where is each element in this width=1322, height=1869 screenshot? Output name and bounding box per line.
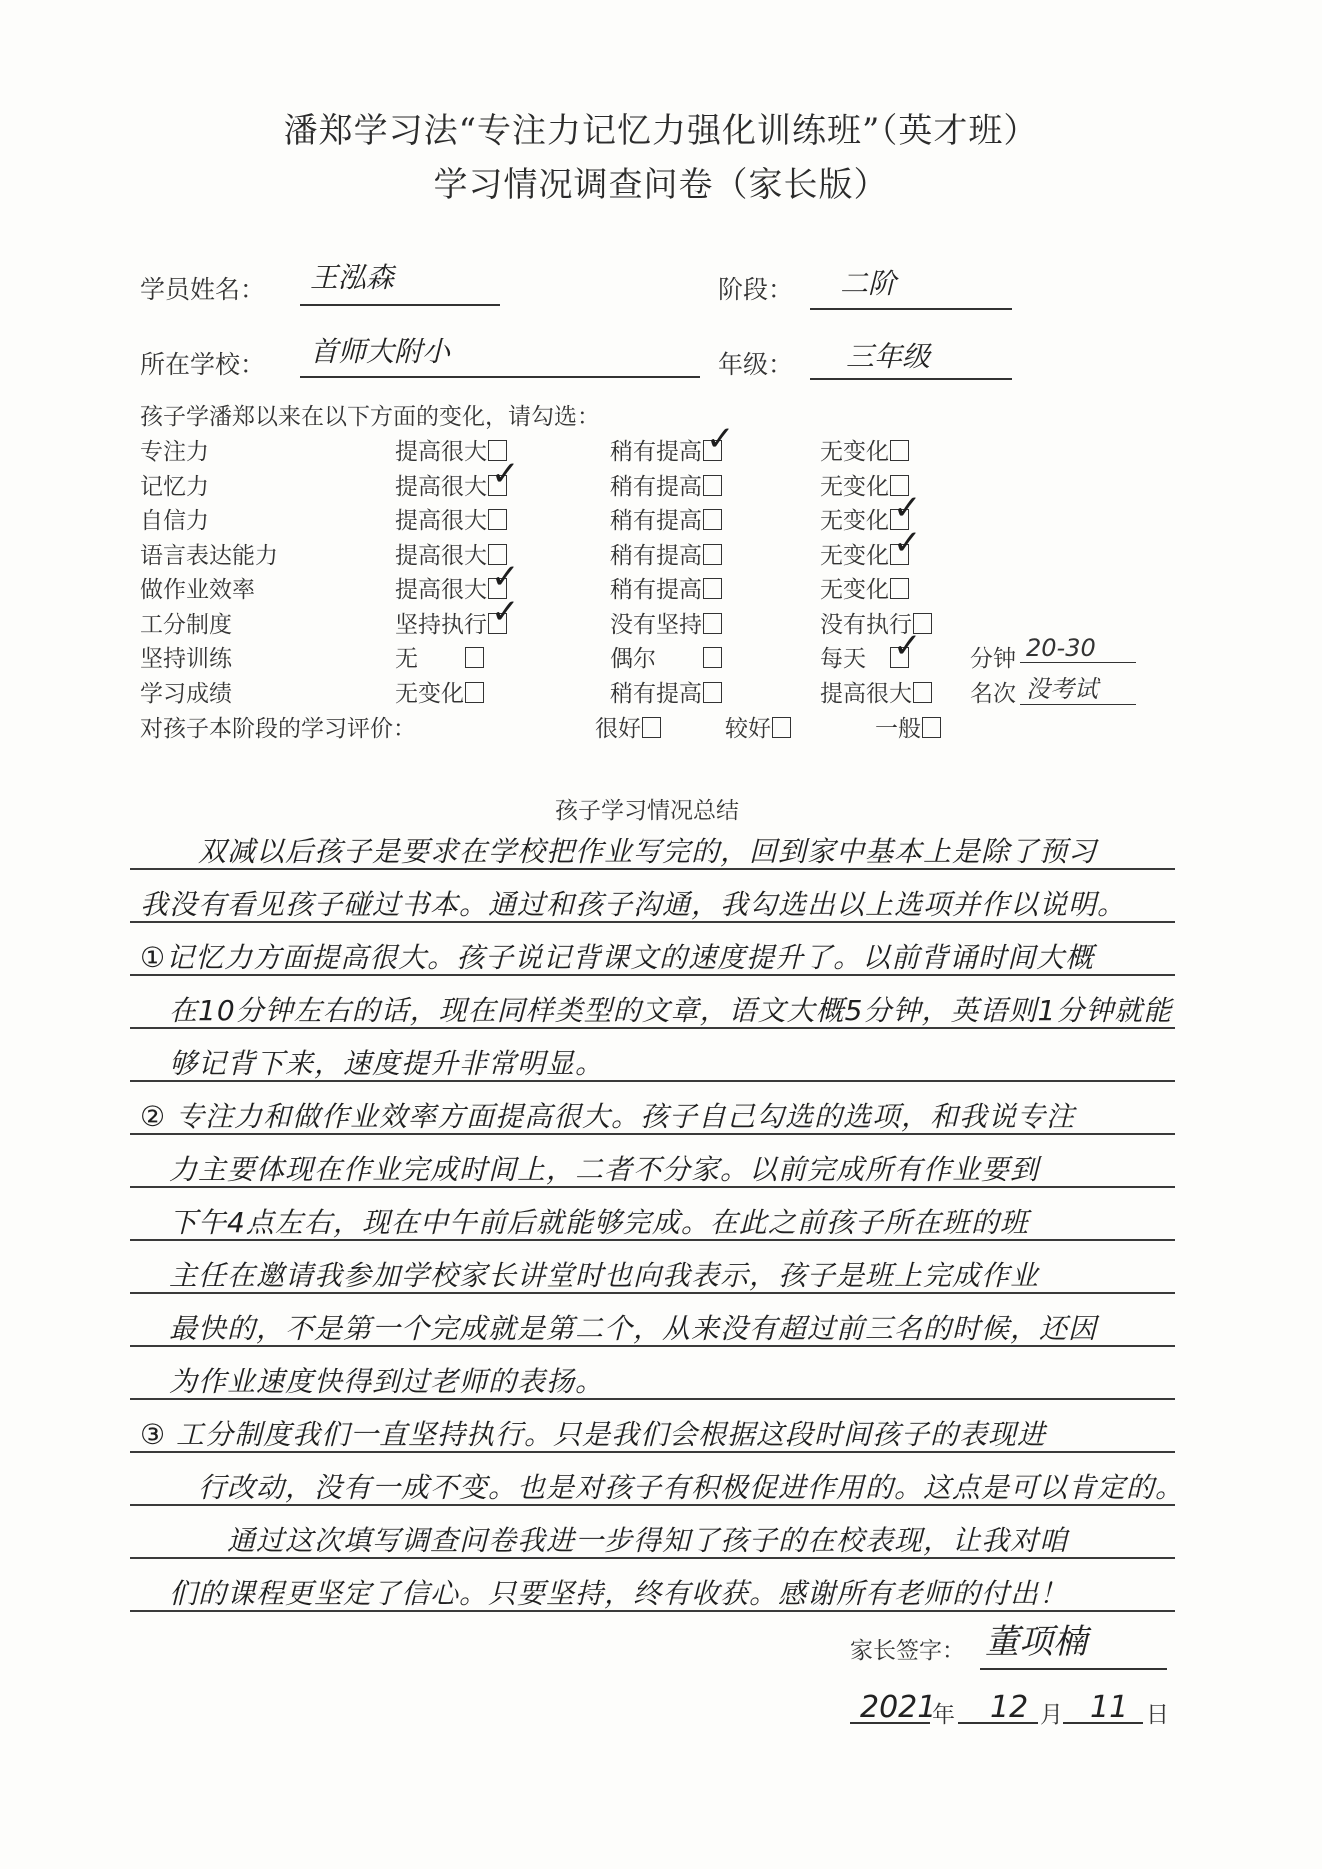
date-month-unit: 月	[1040, 1696, 1063, 1729]
checkbox[interactable]	[703, 682, 722, 703]
summary-title: 孩子学习情况总结	[555, 792, 739, 825]
option-label: 无变化	[820, 439, 889, 465]
option-label: 无变化	[820, 543, 889, 569]
checkbox[interactable]	[488, 509, 507, 530]
ruled-line	[130, 1239, 1175, 1241]
survey-row-label: 记忆力	[140, 468, 209, 501]
option-label: 稍有提高	[610, 474, 702, 500]
option-label: 稍有提高	[610, 543, 702, 569]
option-label: 稍有提高	[610, 577, 702, 603]
evaluation-option-very-good[interactable]: 很好	[595, 710, 661, 743]
option-label: 无	[395, 646, 464, 672]
survey-option[interactable]: 没有坚持	[610, 606, 722, 639]
option-label: 无变化	[820, 474, 889, 500]
option-label: 无变化	[820, 577, 889, 603]
date-month-underline	[958, 1722, 1038, 1724]
option-label: 一般	[875, 716, 921, 742]
survey-extra-value: 没考试	[1020, 669, 1136, 705]
survey-extra-label: 分钟	[970, 640, 1016, 673]
student-name-underline	[300, 304, 500, 306]
signature-value: 董项楠	[985, 1614, 1087, 1663]
survey-row-label: 自信力	[140, 502, 209, 535]
ruled-line	[130, 1557, 1175, 1559]
date-year-underline	[850, 1722, 930, 1724]
summary-line-text: 在10分钟左右的话，现在同样类型的文章，语文大概5分钟，英语则1分钟就能	[140, 989, 1172, 1029]
checkbox-checked[interactable]	[703, 440, 722, 461]
ruled-line	[130, 1345, 1175, 1347]
option-label: 提高很大	[395, 508, 487, 534]
survey-extra-value: 20-30	[1020, 634, 1136, 663]
stage-label: 阶段：	[718, 270, 793, 306]
date-day: 11	[1090, 1690, 1128, 1725]
evaluation-option-average[interactable]: 一般	[875, 710, 941, 743]
summary-line-text: 双减以后孩子是要求在学校把作业写完的，回到家中基本上是除了预习	[140, 830, 1097, 870]
survey-option[interactable]: 提高很大	[395, 502, 507, 535]
stage-value: 二阶	[840, 262, 896, 302]
survey-option[interactable]: 稍有提高	[610, 675, 722, 708]
survey-option[interactable]: 提高很大	[820, 675, 932, 708]
checkbox[interactable]	[913, 682, 932, 703]
checkbox[interactable]	[703, 578, 722, 599]
option-label: 坚持执行	[395, 612, 487, 638]
summary-line-text: 行改动，没有一成不变。也是对孩子有积极促进作用的。这点是可以肯定的。	[140, 1466, 1184, 1506]
date-year: 2021	[860, 1690, 936, 1725]
date-day-unit: 日	[1146, 1696, 1169, 1729]
survey-option[interactable]: 坚持执行	[395, 606, 507, 639]
date-day-underline	[1063, 1722, 1143, 1724]
survey-option[interactable]: 稍有提高	[610, 468, 722, 501]
evaluation-option-good[interactable]: 较好	[725, 710, 791, 743]
survey-row-label: 语言表达能力	[140, 537, 278, 570]
checkbox[interactable]	[703, 544, 722, 565]
ruled-line	[130, 1292, 1175, 1294]
checkbox[interactable]	[703, 509, 722, 530]
survey-extra-label: 名次	[970, 675, 1016, 708]
ruled-line	[130, 1080, 1175, 1082]
option-label: 提高很大	[395, 474, 487, 500]
checkbox[interactable]	[703, 475, 722, 496]
option-label: 提高很大	[820, 681, 912, 707]
option-label: 提高很大	[395, 543, 487, 569]
stage-underline	[810, 308, 1012, 310]
survey-row-label: 坚持训练	[140, 640, 232, 673]
option-label: 每天	[820, 646, 889, 672]
student-name-value: 王泓森	[310, 256, 394, 296]
checkbox[interactable]	[890, 578, 909, 599]
checkbox[interactable]	[703, 613, 722, 634]
survey-option[interactable]: 无变化	[820, 571, 909, 604]
survey-option[interactable]: 稍有提高	[610, 433, 722, 466]
option-label: 稍有提高	[610, 508, 702, 534]
summary-line-text: ② 专注力和做作业效率方面提高很大。孩子自己勾选的选项，和我说专注	[140, 1095, 1075, 1135]
option-label: 无变化	[395, 681, 464, 707]
survey-row-label: 做作业效率	[140, 571, 255, 604]
ruled-line	[130, 1610, 1175, 1612]
option-label: 没有坚持	[610, 612, 702, 638]
option-label: 稍有提高	[610, 681, 702, 707]
survey-row-label: 工分制度	[140, 606, 232, 639]
grade-underline	[810, 378, 1012, 380]
ruled-line	[130, 1451, 1175, 1453]
summary-line-text: 们的课程更坚定了信心。只要坚持，终有收获。感谢所有老师的付出！	[140, 1572, 1068, 1612]
summary-line-text: 最快的，不是第一个完成就是第二个，从来没有超过前三名的时候，还因	[140, 1307, 1097, 1347]
survey-row-label: 学习成绩	[140, 675, 232, 708]
ruled-line	[130, 1133, 1175, 1135]
ruled-line	[130, 921, 1175, 923]
grade-label: 年级：	[718, 345, 793, 381]
option-label: 较好	[725, 716, 771, 742]
summary-line-text: ③ 工分制度我们一直坚持执行。只是我们会根据这段时间孩子的表现进	[140, 1413, 1046, 1453]
school-underline	[300, 376, 700, 378]
date-year-unit: 年	[932, 1696, 955, 1729]
checkbox[interactable]	[465, 682, 484, 703]
ruled-line	[130, 1027, 1175, 1029]
checkbox[interactable]	[703, 647, 722, 668]
option-label: 偶尔	[610, 646, 702, 672]
survey-option[interactable]: 稍有提高	[610, 502, 722, 535]
option-label: 无变化	[820, 508, 889, 534]
ruled-line	[130, 1186, 1175, 1188]
summary-line-text: 通过这次填写调查问卷我进一步得知了孩子的在校表现，让我对咱	[140, 1519, 1068, 1559]
signature-underline	[980, 1668, 1167, 1670]
ruled-line	[130, 1504, 1175, 1506]
survey-option[interactable]: 无变化	[820, 433, 909, 466]
form-title: 潘郑学习法“专注力记忆力强化训练班”（英才班）	[0, 103, 1322, 152]
signature-label: 家长签字：	[850, 1632, 965, 1665]
option-label: 稍有提高	[610, 439, 702, 465]
survey-option[interactable]: 无变化	[820, 537, 909, 570]
summary-line-text: 下午4点左右，现在中午前后就能够完成。在此之前孩子所在班的班	[140, 1201, 1029, 1241]
survey-intro: 孩子学潘郑以来在以下方面的变化，请勾选：	[140, 398, 600, 431]
date-month: 12	[990, 1690, 1028, 1725]
student-name-label: 学员姓名：	[140, 270, 265, 306]
ruled-line	[130, 868, 1175, 870]
summary-line-text: 够记背下来，速度提升非常明显。	[140, 1042, 604, 1082]
school-value: 首师大附小	[310, 330, 450, 370]
checkbox[interactable]	[772, 717, 791, 738]
option-label: 很好	[595, 716, 641, 742]
checkbox[interactable]	[465, 647, 484, 668]
summary-line-text: ①记忆力方面提高很大。孩子说记背课文的速度提升了。以前背诵时间大概	[140, 936, 1094, 976]
survey-option[interactable]: 稍有提高	[610, 537, 722, 570]
checkbox-checked[interactable]	[890, 544, 909, 565]
summary-line-text: 为作业速度快得到过老师的表扬。	[140, 1360, 604, 1400]
survey-option[interactable]: 稍有提高	[610, 571, 722, 604]
option-label: 提高很大	[395, 577, 487, 603]
survey-row-label: 专注力	[140, 433, 209, 466]
form-subtitle: 学习情况调查问卷（家长版）	[0, 157, 1322, 206]
survey-option[interactable]: 偶尔	[610, 640, 722, 673]
checkbox-checked[interactable]	[488, 613, 507, 634]
checkbox[interactable]	[890, 440, 909, 461]
summary-line-text: 主任在邀请我参加学校家长讲堂时也向我表示，孩子是班上完成作业	[140, 1254, 1039, 1294]
summary-line-text: 力主要体现在作业完成时间上，二者不分家。以前完成所有作业要到	[140, 1148, 1039, 1188]
survey-option[interactable]: 无	[395, 640, 484, 673]
checkbox[interactable]	[642, 717, 661, 738]
grade-value: 三年级	[846, 335, 930, 375]
evaluation-label: 对孩子本阶段的学习评价：	[140, 710, 416, 743]
survey-option[interactable]: 无变化	[395, 675, 484, 708]
ruled-line	[130, 974, 1175, 976]
summary-line-text: 我没有看见孩子碰过书本。通过和孩子沟通，我勾选出以上选项并作以说明。	[140, 883, 1126, 923]
option-label: 提高很大	[395, 439, 487, 465]
checkbox-checked[interactable]	[890, 647, 909, 668]
survey-option[interactable]: 提高很大	[395, 468, 507, 501]
checkbox-checked[interactable]	[488, 475, 507, 496]
checkbox[interactable]	[922, 717, 941, 738]
school-label: 所在学校：	[140, 345, 265, 381]
ruled-line	[130, 1398, 1175, 1400]
survey-option[interactable]: 每天	[820, 640, 909, 673]
